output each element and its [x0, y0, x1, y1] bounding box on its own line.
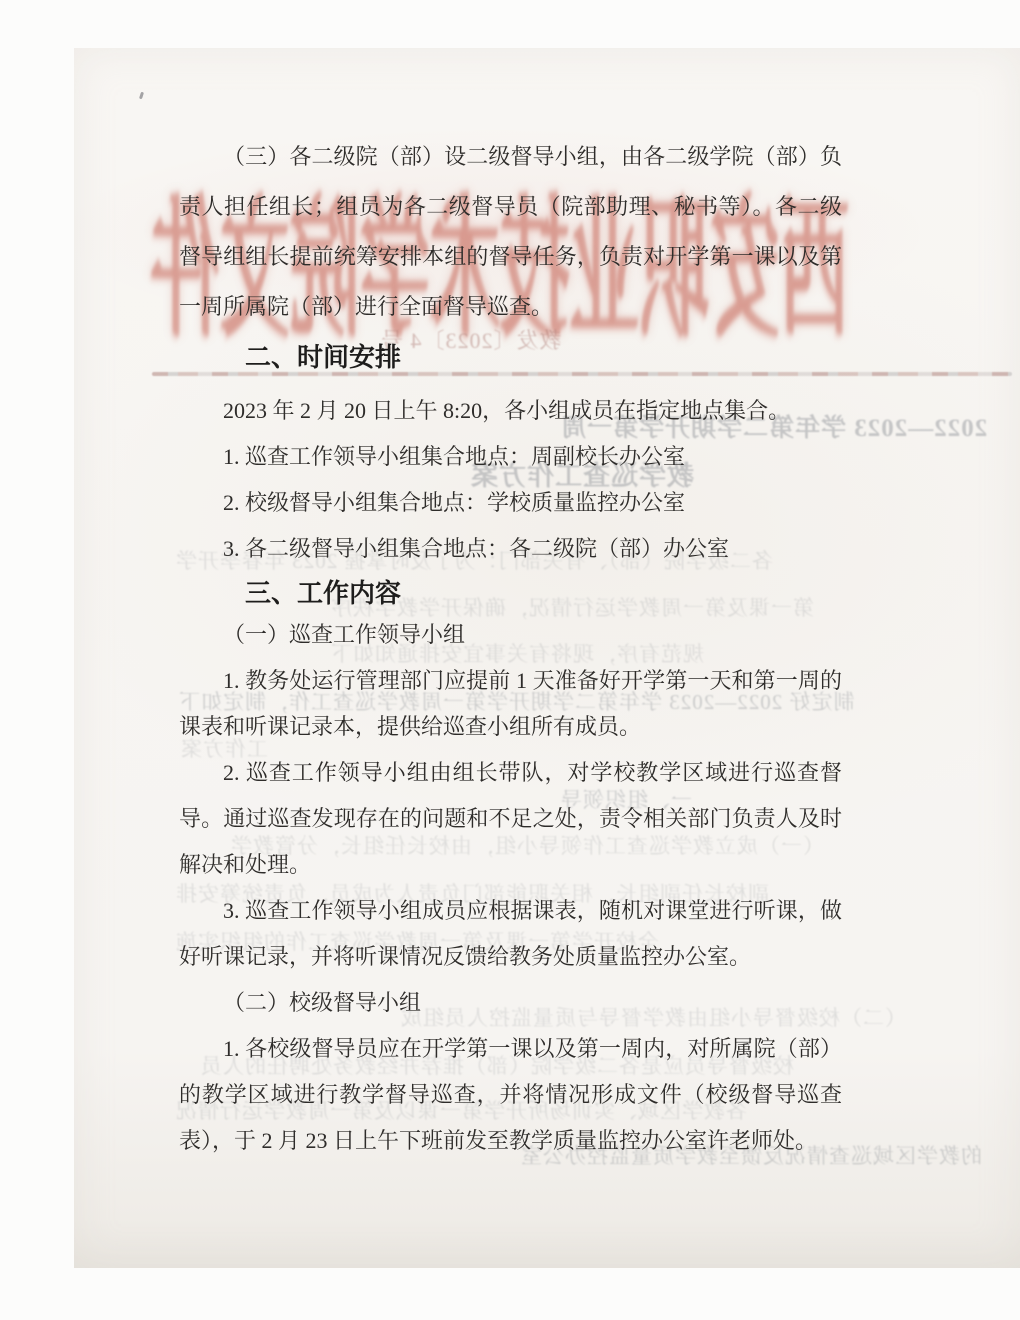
subheading-school-group: （二）校级督导小组 [179, 980, 842, 1026]
meeting-point-item: 2. 校级督导小组集合地点：学校质量监控办公室 [179, 480, 842, 526]
meeting-point-item: 1. 巡查工作领导小组集合地点：周副校长办公室 [179, 434, 842, 480]
meeting-point-item: 3. 各二级督导小组集合地点：各二级院（部）办公室 [179, 526, 842, 572]
time-intro: 2023 年 2 月 20 日上午 8:20，各小组成员在指定地点集合。 [179, 388, 842, 434]
document-body: （三）各二级院（部）设二级督导小组，由各二级学院（部）负责人担任组长；组员为各二… [179, 132, 842, 1164]
leading-group-item: 3. 巡查工作领导小组成员应根据课表，随机对课堂进行听课，做好听课记录，并将听课… [179, 888, 842, 980]
subheading-leading-group: （一）巡查工作领导小组 [179, 612, 842, 658]
leading-group-item: 2. 巡查工作领导小组由组长带队，对学校教学区域进行巡查督导。通过巡查发现存在的… [179, 750, 842, 888]
heading-time-arrangement: 二、时间安排 [179, 342, 842, 372]
paragraph-section3: （三）各二级院（部）设二级督导小组，由各二级学院（部）负责人担任组长；组员为各二… [179, 132, 842, 332]
heading-work-content: 三、工作内容 [179, 574, 842, 612]
leading-group-item: 1. 教务处运行管理部门应提前 1 天准备好开学第一天和第一周的课表和听课记录本… [179, 658, 842, 750]
school-group-item: 1. 各校级督导员应在开学第一课以及第一周内，对所属院（部）的教学区域进行教学督… [179, 1026, 842, 1164]
scanned-document-page: 西安职业技术学院文件 教发〔2023〕4 号 2022—2023 学年第二学期开… [0, 0, 1020, 1320]
